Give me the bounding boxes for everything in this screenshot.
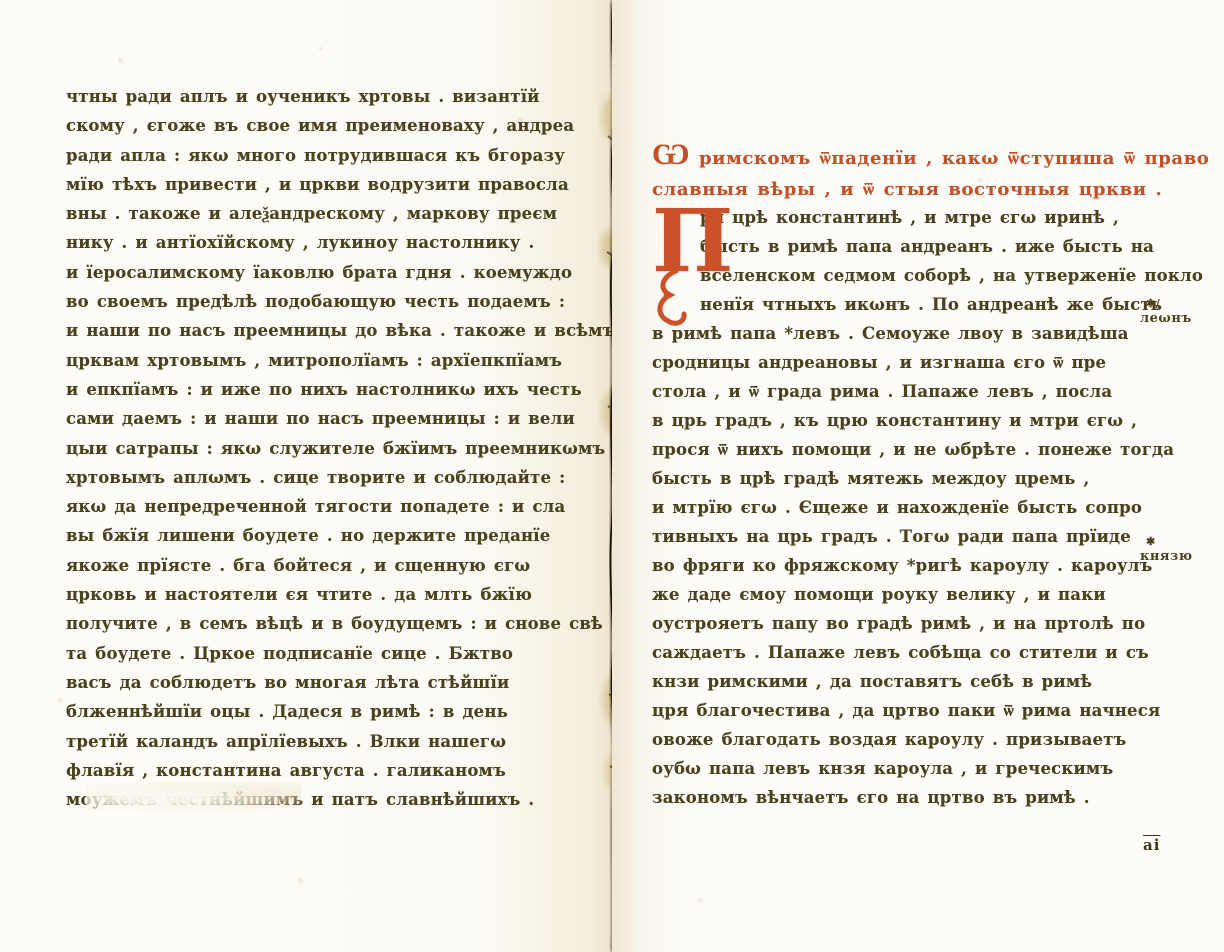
left-text-line: сами даемъ : и наши по насъ преемницы : … [66, 404, 610, 433]
right-text-line: оустрояетъ папу во градѣ римѣ , и на прт… [652, 609, 1138, 638]
left-text-line: црквам хртовымъ , митрополїамъ : архїепк… [66, 346, 610, 375]
paper-foxing-specks [0, 0, 1, 1]
right-text-line: саждаетъ . Папаже левъ собѣща со стители… [652, 638, 1138, 667]
right-page-text-column: П ри црѣ константинѣ , и мтре єгω иринѣ … [652, 203, 1138, 812]
left-text-line: чтны ради аплъ и оученикъ хртовы . визан… [66, 82, 610, 111]
right-text-line: цря благочестива , да цртво паки ѿ рима … [652, 696, 1138, 725]
right-page: Ѡ римскомъ ѿпаденїи , какω ѿступиша ѿ пр… [612, 0, 1224, 952]
right-text-line: закономъ вѣнчаетъ єго на цртво въ римѣ . [652, 783, 1138, 812]
right-text-line: в црь градъ , къ црю константину и мтри … [652, 406, 1138, 435]
right-text-line: ненїя чтныхъ икωнъ . По андреанѣ же быст… [652, 290, 1138, 319]
left-text-line: нику . и антїохїйскому , лукиноу настолн… [66, 228, 610, 257]
left-text-line: вы бжїя лишени боудете . но держите пред… [66, 521, 610, 550]
folio-number: аі [1143, 836, 1160, 854]
left-text-line: якω да непредреченной тягости попадете :… [66, 492, 610, 521]
right-text-line: во фряги ко фряжскому *ригѣ кароулу . ка… [652, 551, 1138, 580]
left-text-line: во своемъ предѣлѣ подобающую честь подае… [66, 287, 610, 316]
right-text-line: прося ѿ нихъ помощи , и не ωбрѣте . поне… [652, 435, 1138, 464]
left-text-line: получите , в семъ вѣцѣ и в боудущемъ : и… [66, 609, 610, 638]
drop-cap-initial: П [652, 203, 692, 319]
left-text-line: хртовымъ аплωмъ . сице творите и соблюда… [66, 463, 610, 492]
left-text-line: мїю тѣхъ привести , и цркви водрузити пр… [66, 170, 610, 199]
left-text-line: ради апла : якω много потрудившася къ бг… [66, 141, 610, 170]
left-text-line: црковь и настоятели єя чтите . да млть б… [66, 580, 610, 609]
margin-note-text: леωнъ [1140, 311, 1192, 326]
left-text-line: и їеросалимскому їаковлю брата гдня . ко… [66, 258, 610, 287]
right-text-line: оубω папа левъ кнзя кароула , и гречески… [652, 754, 1138, 783]
heading-line: Ѡ римскомъ ѿпаденїи , какω ѿступиша ѿ пр… [652, 143, 1138, 174]
left-text-line: вны . такоже и алеѯандрескому , маркову … [66, 199, 610, 228]
left-text-line: третїй каландъ апрїлїевыхъ . Влки нашегω [66, 727, 610, 756]
left-text-line: якоже прїясте . бга бойтеся , и сщенную … [66, 551, 610, 580]
margin-note-knyazyu: ✱ князю [1140, 534, 1193, 564]
right-text-line: стола , и ѿ града рима . Папаже левъ , п… [652, 377, 1138, 406]
left-text-line: скому , єгоже въ свое имя преименоваху ,… [66, 111, 610, 140]
left-text-line: цыи сатрапы : якω служителе бжїимъ преем… [66, 434, 610, 463]
left-text-line: и наши по насъ преемницы до вѣка . також… [66, 316, 610, 345]
left-page-text-column: чтны ради аплъ и оученикъ хртовы . визан… [66, 82, 610, 814]
ink-smudge-blemish [86, 781, 301, 811]
margin-note-text: князю [1140, 549, 1193, 564]
left-text-line: и епкпїамъ : и иже по нихъ настолникω их… [66, 375, 610, 404]
asterisk-mark-icon: ✱/ [1140, 296, 1192, 311]
right-text-line: бысть в црѣ градѣ мятежь междоу цремь , [652, 464, 1138, 493]
right-text-line: в римѣ папа *левъ . Семоуже лвоу в завид… [652, 319, 1138, 348]
right-text-line: тивныхъ на црь градъ . Тогω ради папа пр… [652, 522, 1138, 551]
right-text-line: овоже благодать воздая кароулу . призыва… [652, 725, 1138, 754]
left-text-line: васъ да соблюдетъ во многая лѣта стѣйшїи [66, 668, 610, 697]
right-text-line: кнзи римскими , да поставятъ себѣ в римѣ [652, 667, 1138, 696]
right-text-line: и мтрїю єгω . Єщеже и нахожденїе бысть с… [652, 493, 1138, 522]
right-text-line: же даде ємоу помощи роуку велику , и пак… [652, 580, 1138, 609]
asterisk-mark-icon: ✱ [1140, 534, 1193, 549]
book-spread-scan: чтны ради аплъ и оученикъ хртовы . визан… [0, 0, 1224, 952]
right-text-line: сродницы андреановы , и изгнаша єго ѿ пр… [652, 348, 1138, 377]
margin-note-leon: ✱/ леωнъ [1140, 296, 1192, 326]
dropcap-flourish-icon [654, 269, 688, 331]
left-text-line: блженнѣйшїи оцы . Дадеся в римѣ : в день [66, 697, 610, 726]
left-text-line: та боудете . Цркое подписанїе сице . Бжт… [66, 639, 610, 668]
